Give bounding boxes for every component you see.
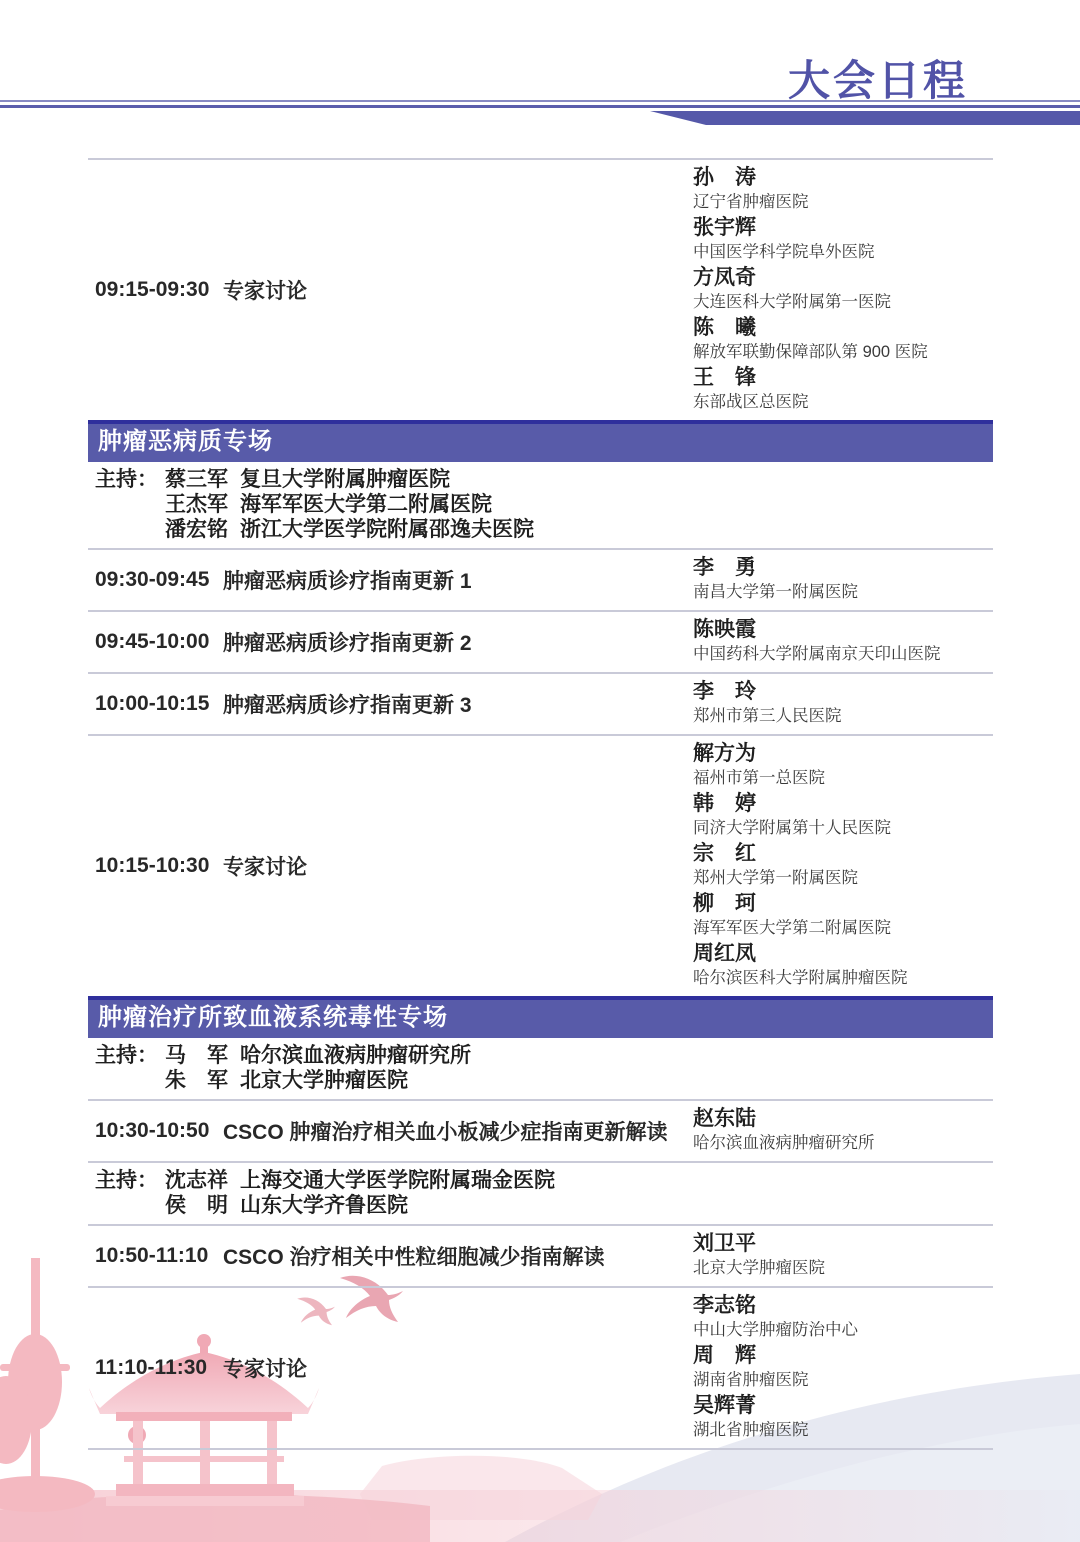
speaker-affiliation: 哈尔滨血液病肿瘤研究所 bbox=[693, 1131, 993, 1156]
session-row: 09:30-09:45 肿瘤恶病质诊疗指南更新 1 李 勇 南昌大学第一附属医院 bbox=[88, 550, 993, 612]
speaker-name: 李志铭 bbox=[693, 1293, 993, 1318]
session-topic: 专家讨论 bbox=[223, 1353, 693, 1383]
speaker-entry: 解方为 福州市第一总医院 bbox=[693, 741, 993, 791]
chair-line: 主持： 蔡三军 复旦大学附属肿瘤医院 bbox=[88, 467, 993, 492]
session-row: 10:15-10:30 专家讨论 解方为 福州市第一总医院 韩 婷 同济大学附属… bbox=[88, 736, 993, 996]
speaker-entry: 陈映霞 中国药科大学附属南京天印山医院 bbox=[693, 617, 993, 667]
speaker-name: 王 锋 bbox=[693, 365, 993, 390]
chair-name: 侯 明 bbox=[165, 1193, 228, 1218]
chair-name: 王杰军 bbox=[165, 492, 228, 517]
chair-name: 朱 军 bbox=[165, 1068, 228, 1093]
speaker-entry: 陈 曦 解放军联勤保障部队第 900 医院 bbox=[693, 315, 993, 365]
page-title: 大会日程 bbox=[788, 48, 968, 108]
speaker-name: 张宇辉 bbox=[693, 215, 993, 240]
chair-affiliation: 上海交通大学医学院附属瑞金医院 bbox=[240, 1168, 555, 1193]
chair-name: 蔡三军 bbox=[165, 467, 228, 492]
session-row: 09:45-10:00 肿瘤恶病质诊疗指南更新 2 陈映霞 中国药科大学附属南京… bbox=[88, 612, 993, 674]
speaker-affiliation: 海军军医大学第二附属医院 bbox=[693, 916, 993, 941]
section-header-hematologic-toxicity: 肿瘤治疗所致血液系统毒性专场 bbox=[88, 996, 993, 1038]
session-topic: 肿瘤恶病质诊疗指南更新 1 bbox=[223, 565, 693, 595]
speaker-affiliation: 大连医科大学附属第一医院 bbox=[693, 290, 993, 315]
speaker-name: 韩 婷 bbox=[693, 791, 993, 816]
speaker-list: 孙 涛 辽宁省肿瘤医院 张宇辉 中国医学科学院阜外医院 方凤奇 大连医科大学附属… bbox=[693, 160, 993, 420]
session-row: 11:10-11:30 专家讨论 李志铭 中山大学肿瘤防治中心 周 辉 湖南省肿… bbox=[88, 1288, 993, 1450]
speaker-entry: 王 锋 东部战区总医院 bbox=[693, 365, 993, 415]
speaker-affiliation: 郑州市第三人民医院 bbox=[693, 704, 993, 729]
chair-line: 王杰军 海军军医大学第二附属医院 bbox=[88, 492, 993, 517]
session-time: 09:15-09:30 bbox=[88, 278, 223, 302]
speaker-affiliation: 北京大学肿瘤医院 bbox=[693, 1256, 993, 1281]
chair-name: 潘宏铭 bbox=[165, 517, 228, 542]
chairs-block: 主持： 沈志祥 上海交通大学医学院附属瑞金医院 侯 明 山东大学齐鲁医院 bbox=[88, 1163, 993, 1226]
chairs-block: 主持： 马 军 哈尔滨血液病肿瘤研究所 朱 军 北京大学肿瘤医院 bbox=[88, 1038, 993, 1101]
speaker-entry: 李 勇 南昌大学第一附属医院 bbox=[693, 555, 993, 605]
chair-label: 主持： bbox=[88, 1043, 165, 1068]
header-rule-thick bbox=[0, 105, 1080, 108]
session-topic: 专家讨论 bbox=[223, 275, 693, 305]
chair-line: 主持： 马 军 哈尔滨血液病肿瘤研究所 bbox=[88, 1043, 993, 1068]
chair-line: 潘宏铭 浙江大学医学院附属邵逸夫医院 bbox=[88, 517, 993, 542]
speaker-affiliation: 福州市第一总医院 bbox=[693, 766, 993, 791]
speaker-affiliation: 湖北省肿瘤医院 bbox=[693, 1418, 993, 1443]
speaker-name: 吴辉菁 bbox=[693, 1393, 993, 1418]
speaker-list: 刘卫平 北京大学肿瘤医院 bbox=[693, 1226, 993, 1286]
chair-affiliation: 山东大学齐鲁医院 bbox=[240, 1193, 408, 1218]
chair-label: 主持： bbox=[88, 1168, 165, 1193]
speaker-entry: 宗 红 郑州大学第一附属医院 bbox=[693, 841, 993, 891]
footer-gradient-band bbox=[0, 1490, 1080, 1542]
session-time: 10:15-10:30 bbox=[88, 854, 223, 878]
session-row: 10:30-10:50 CSCO 肿瘤治疗相关血小板减少症指南更新解读 赵东陆 … bbox=[88, 1101, 993, 1163]
header-rule-thin bbox=[0, 100, 1080, 102]
boat-silhouette bbox=[360, 1456, 602, 1520]
speaker-affiliation: 湖南省肿瘤医院 bbox=[693, 1368, 993, 1393]
speaker-entry: 赵东陆 哈尔滨血液病肿瘤研究所 bbox=[693, 1106, 993, 1156]
speaker-name: 方凤奇 bbox=[693, 265, 993, 290]
session-time: 09:45-10:00 bbox=[88, 630, 223, 654]
speaker-name: 陈 曦 bbox=[693, 315, 993, 340]
session-topic: 肿瘤恶病质诊疗指南更新 2 bbox=[223, 627, 693, 657]
chair-line: 侯 明 山东大学齐鲁医院 bbox=[88, 1193, 993, 1218]
speaker-affiliation: 同济大学附属第十人民医院 bbox=[693, 816, 993, 841]
speaker-name: 刘卫平 bbox=[693, 1231, 993, 1256]
chair-line: 朱 军 北京大学肿瘤医院 bbox=[88, 1068, 993, 1093]
speaker-entry: 张宇辉 中国医学科学院阜外医院 bbox=[693, 215, 993, 265]
speaker-list: 陈映霞 中国药科大学附属南京天印山医院 bbox=[693, 612, 993, 672]
chair-affiliation: 北京大学肿瘤医院 bbox=[240, 1068, 408, 1093]
section-header-cachexia: 肿瘤恶病质专场 bbox=[88, 420, 993, 462]
header-accent-bar bbox=[650, 111, 1080, 125]
speaker-name: 赵东陆 bbox=[693, 1106, 993, 1131]
session-row: 10:50-11:10 CSCO 治疗相关中性粒细胞减少指南解读 刘卫平 北京大… bbox=[88, 1226, 993, 1288]
speaker-entry: 吴辉菁 湖北省肿瘤医院 bbox=[693, 1393, 993, 1443]
chair-affiliation: 复旦大学附属肿瘤医院 bbox=[240, 467, 450, 492]
speaker-list: 赵东陆 哈尔滨血液病肿瘤研究所 bbox=[693, 1101, 993, 1161]
speaker-entry: 刘卫平 北京大学肿瘤医院 bbox=[693, 1231, 993, 1281]
speaker-name: 陈映霞 bbox=[693, 617, 993, 642]
session-time: 11:10-11:30 bbox=[88, 1356, 223, 1380]
session-time: 10:50-11:10 bbox=[88, 1244, 223, 1268]
speaker-entry: 方凤奇 大连医科大学附属第一医院 bbox=[693, 265, 993, 315]
speaker-entry: 李志铭 中山大学肿瘤防治中心 bbox=[693, 1293, 993, 1343]
speaker-name: 周红凤 bbox=[693, 941, 993, 966]
chair-affiliation: 浙江大学医学院附属邵逸夫医院 bbox=[240, 517, 534, 542]
schedule-table: 09:15-09:30 专家讨论 孙 涛 辽宁省肿瘤医院 张宇辉 中国医学科学院… bbox=[88, 158, 993, 1450]
speaker-name: 柳 珂 bbox=[693, 891, 993, 916]
speaker-affiliation: 中山大学肿瘤防治中心 bbox=[693, 1318, 993, 1343]
chair-line: 主持： 沈志祥 上海交通大学医学院附属瑞金医院 bbox=[88, 1168, 993, 1193]
session-topic: CSCO 治疗相关中性粒细胞减少指南解读 bbox=[223, 1241, 693, 1271]
speaker-affiliation: 哈尔滨医科大学附属肿瘤医院 bbox=[693, 966, 993, 991]
session-topic: 肿瘤恶病质诊疗指南更新 3 bbox=[223, 689, 693, 719]
speaker-name: 解方为 bbox=[693, 741, 993, 766]
speaker-list: 李 勇 南昌大学第一附属医院 bbox=[693, 550, 993, 610]
speaker-list: 解方为 福州市第一总医院 韩 婷 同济大学附属第十人民医院 宗 红 郑州大学第一… bbox=[693, 736, 993, 996]
session-time: 10:00-10:15 bbox=[88, 692, 223, 716]
speaker-affiliation: 郑州大学第一附属医院 bbox=[693, 866, 993, 891]
speaker-entry: 柳 珂 海军军医大学第二附属医院 bbox=[693, 891, 993, 941]
session-row: 09:15-09:30 专家讨论 孙 涛 辽宁省肿瘤医院 张宇辉 中国医学科学院… bbox=[88, 160, 993, 420]
session-row: 10:00-10:15 肿瘤恶病质诊疗指南更新 3 李 玲 郑州市第三人民医院 bbox=[88, 674, 993, 736]
speaker-entry: 韩 婷 同济大学附属第十人民医院 bbox=[693, 791, 993, 841]
session-time: 09:30-09:45 bbox=[88, 568, 223, 592]
speaker-affiliation: 辽宁省肿瘤医院 bbox=[693, 190, 993, 215]
speaker-list: 李 玲 郑州市第三人民医院 bbox=[693, 674, 993, 734]
speaker-affiliation: 解放军联勤保障部队第 900 医院 bbox=[693, 340, 993, 365]
speaker-name: 宗 红 bbox=[693, 841, 993, 866]
session-topic: 专家讨论 bbox=[223, 851, 693, 881]
speaker-entry: 周 辉 湖南省肿瘤医院 bbox=[693, 1343, 993, 1393]
conference-agenda-page: 大会日程 09:15-09:30 专家讨论 孙 涛 辽宁省肿瘤医院 张宇辉 中国… bbox=[0, 0, 1080, 1542]
chair-affiliation: 海军军医大学第二附属医院 bbox=[240, 492, 492, 517]
speaker-entry: 孙 涛 辽宁省肿瘤医院 bbox=[693, 165, 993, 215]
tower-silhouette bbox=[0, 1258, 95, 1512]
chair-name: 马 军 bbox=[165, 1043, 228, 1068]
chairs-block: 主持： 蔡三军 复旦大学附属肿瘤医院 王杰军 海军军医大学第二附属医院 潘宏铭 … bbox=[88, 462, 993, 550]
chair-name: 沈志祥 bbox=[165, 1168, 228, 1193]
speaker-affiliation: 南昌大学第一附属医院 bbox=[693, 580, 993, 605]
speaker-entry: 李 玲 郑州市第三人民医院 bbox=[693, 679, 993, 729]
session-time: 10:30-10:50 bbox=[88, 1119, 223, 1143]
speaker-entry: 周红凤 哈尔滨医科大学附属肿瘤医院 bbox=[693, 941, 993, 991]
speaker-name: 李 玲 bbox=[693, 679, 993, 704]
speaker-affiliation: 中国药科大学附属南京天印山医院 bbox=[693, 642, 993, 667]
speaker-list: 李志铭 中山大学肿瘤防治中心 周 辉 湖南省肿瘤医院 吴辉菁 湖北省肿瘤医院 bbox=[693, 1288, 993, 1448]
chair-affiliation: 哈尔滨血液病肿瘤研究所 bbox=[240, 1043, 471, 1068]
speaker-affiliation: 东部战区总医院 bbox=[693, 390, 993, 415]
session-topic: CSCO 肿瘤治疗相关血小板减少症指南更新解读 bbox=[223, 1116, 693, 1146]
speaker-name: 李 勇 bbox=[693, 555, 993, 580]
chair-label: 主持： bbox=[88, 467, 165, 492]
speaker-name: 孙 涛 bbox=[693, 165, 993, 190]
speaker-name: 周 辉 bbox=[693, 1343, 993, 1368]
embankment-silhouette bbox=[0, 1494, 430, 1542]
speaker-affiliation: 中国医学科学院阜外医院 bbox=[693, 240, 993, 265]
